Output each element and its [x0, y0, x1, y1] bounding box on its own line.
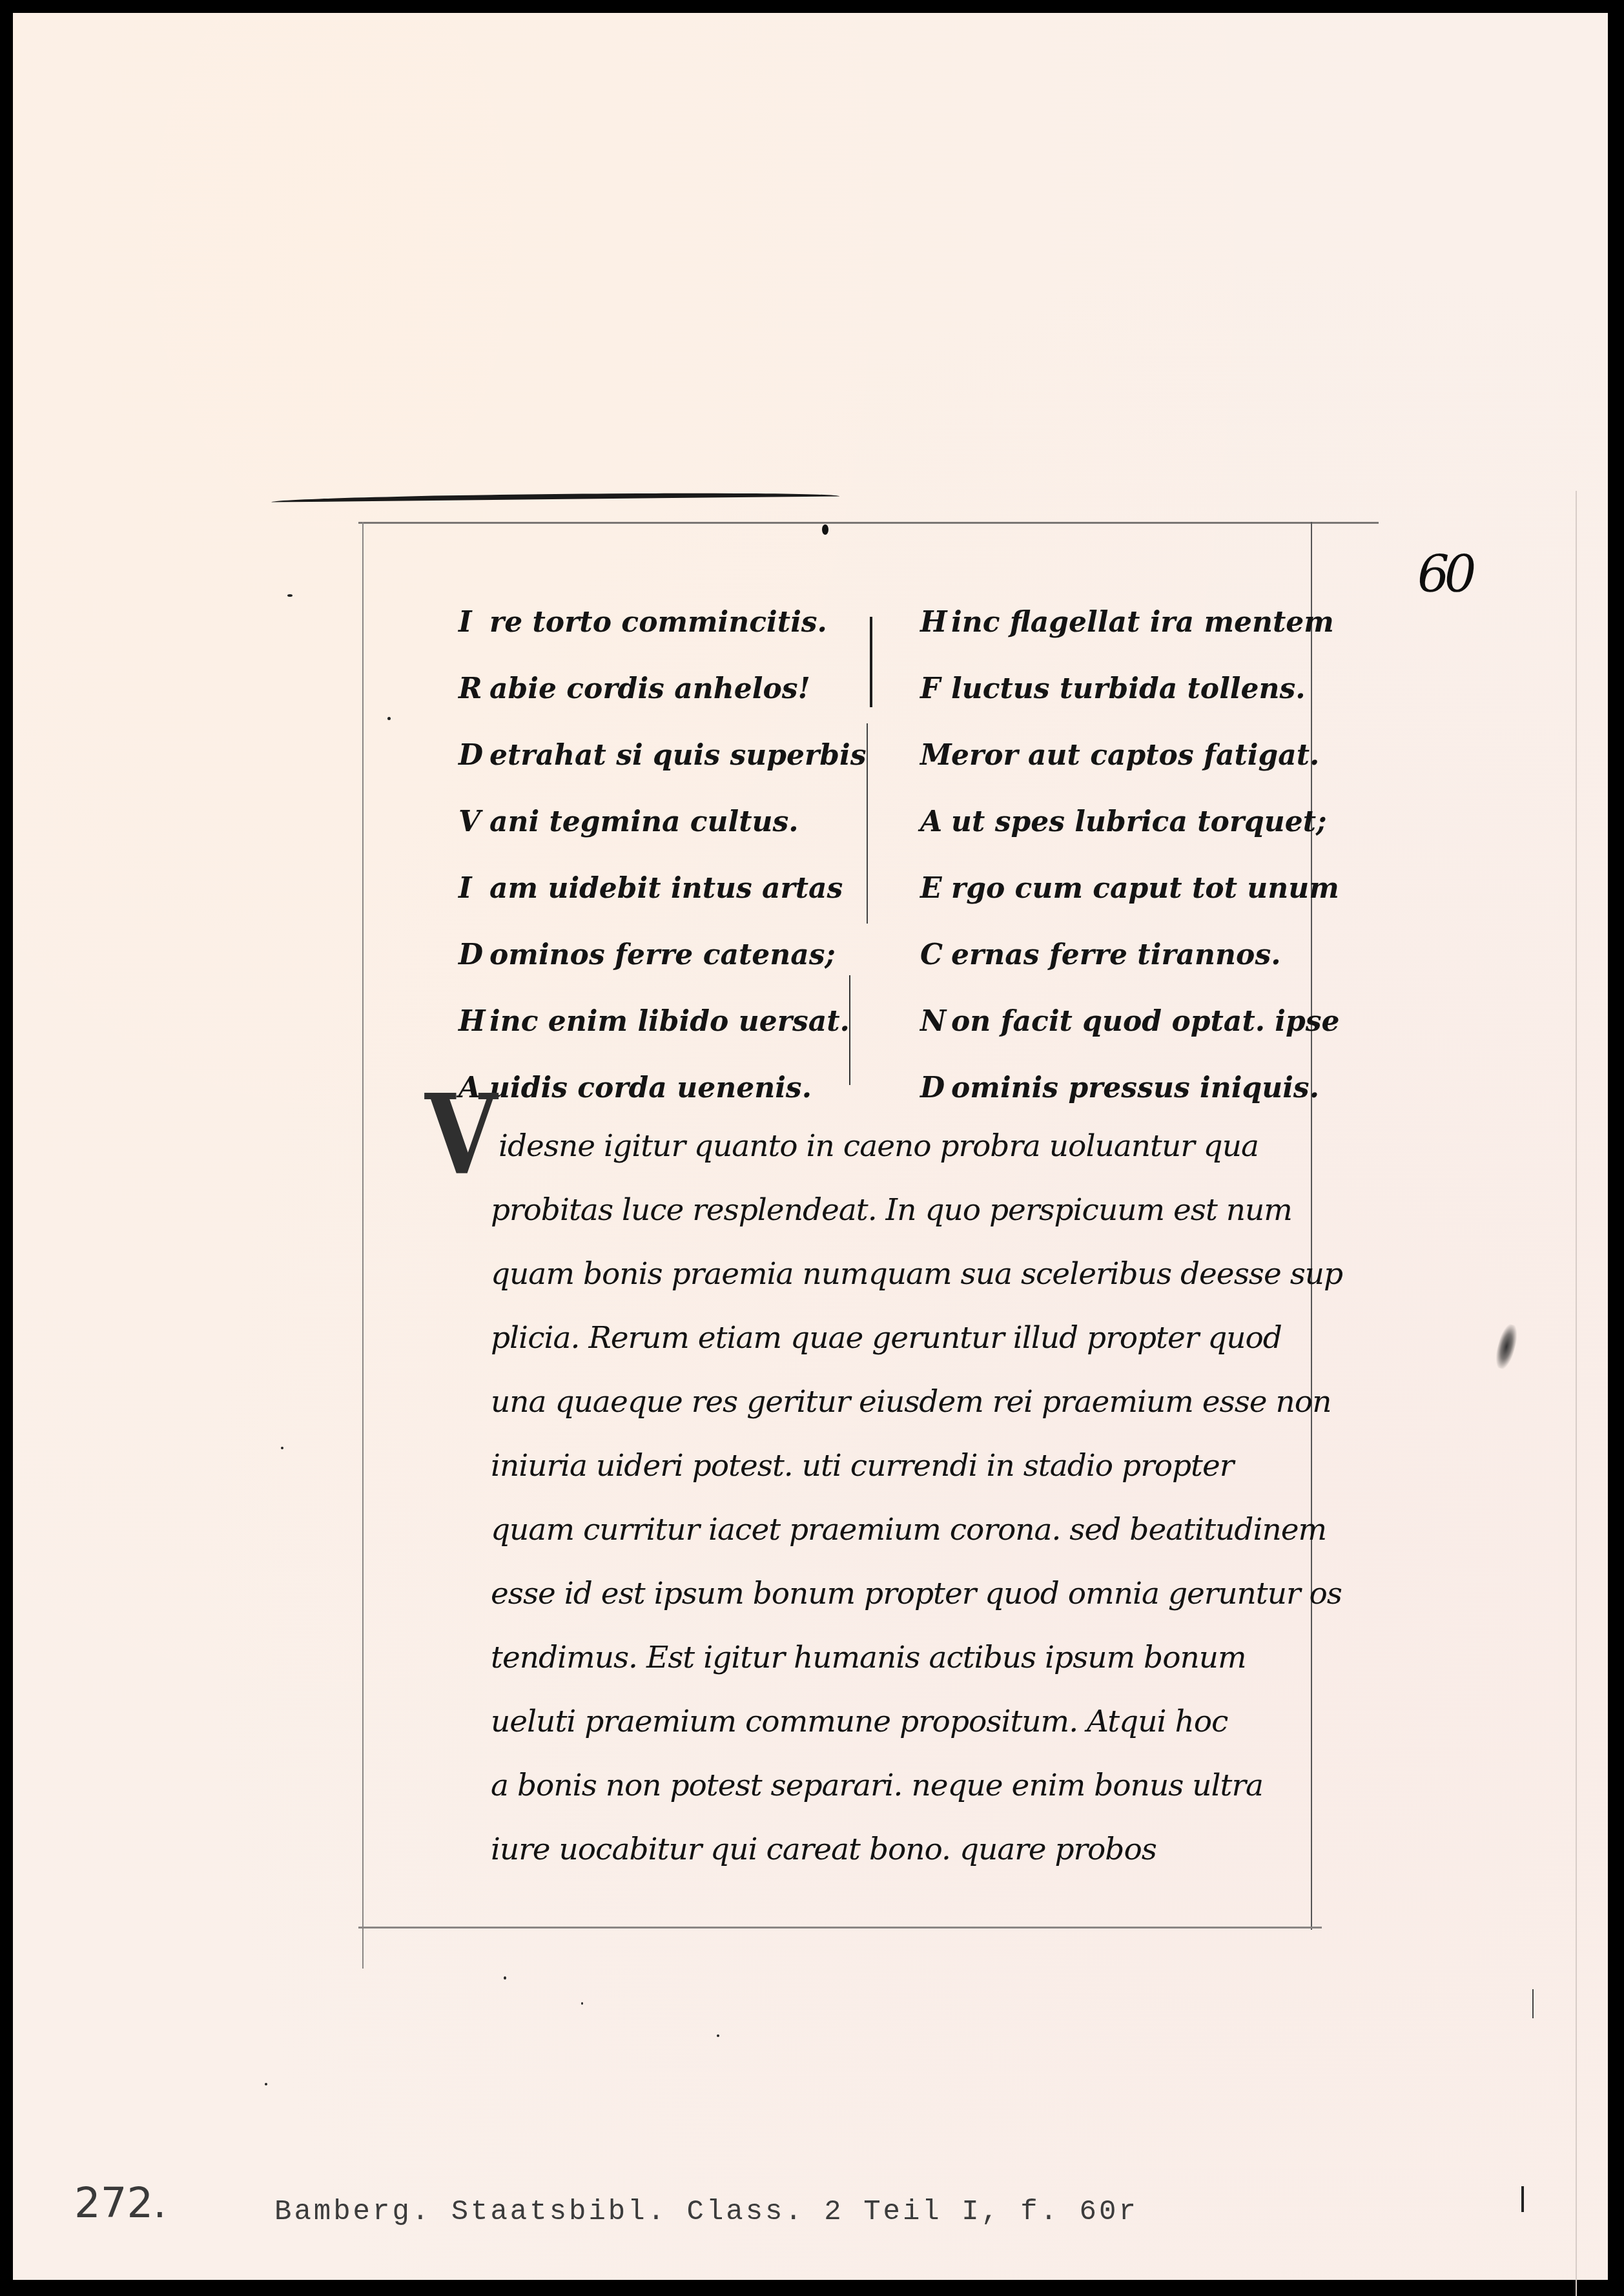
prose-line: iniuria uideri potest. uti currendi in s… [491, 1434, 1291, 1498]
prick-mark [822, 524, 828, 535]
verse-column-right: Hinc flagellat ira mentem Fluctus turbid… [920, 589, 1333, 1121]
prose-line: una quaeque res geritur eiusdem rei prae… [491, 1370, 1291, 1434]
edge-mark [1532, 1989, 1534, 2018]
verse-line: Rabie cordis anhelos! [458, 656, 872, 722]
verse-column-left: Ire torto commincitis. Rabie cordis anhe… [458, 589, 872, 1121]
prose-line: idesne igitur quanto in caeno probra uol… [491, 1114, 1291, 1178]
ink-speck [287, 594, 293, 597]
page-edge-line [1576, 491, 1577, 2296]
prose-line: tendimus. Est igitur humanis actibus ips… [491, 1626, 1291, 1690]
frame-top-rule [358, 522, 1379, 524]
column-divider-stroke [849, 975, 850, 1085]
edge-mark [1521, 2186, 1524, 2212]
prose-line: plicia. Rerum etiam quae geruntur illud … [491, 1306, 1291, 1370]
prose-line: quam curritur iacet praemium corona. sed… [491, 1498, 1291, 1562]
verse-line: Detrahat si quis superbis [458, 722, 872, 789]
ink-speck [281, 1447, 283, 1449]
verse-line: Ire torto commincitis. [458, 589, 872, 656]
ink-speck [387, 717, 391, 720]
prose-line: ueluti praemium commune propositum. Atqu… [491, 1690, 1291, 1753]
folio-number: 60 [1417, 546, 1471, 604]
ink-speck [504, 1976, 506, 1980]
prose-block: idesne igitur quanto in caeno probra uol… [491, 1114, 1291, 1881]
verse-line: Meror aut captos fatigat. [920, 722, 1333, 789]
column-divider-stroke [870, 617, 872, 707]
verse-line: Hinc flagellat ira mentem [920, 589, 1333, 656]
prose-line: probitas luce resplendeat. In quo perspi… [491, 1178, 1291, 1242]
verse-line: Aut spes lubrica torquet; [920, 789, 1333, 855]
ink-speck [265, 2083, 267, 2085]
verse-line: Vani tegmina cultus. [458, 789, 872, 855]
verse-line: Dominos ferre catenas; [458, 922, 872, 988]
column-divider-stroke [867, 723, 868, 924]
verse-line: Dominis pressus iniquis. [920, 1055, 1333, 1121]
verse-line: Ergo cum caput tot unum [920, 855, 1333, 922]
prose-line: iure uocabitur qui careat bono. quare pr… [491, 1817, 1291, 1881]
prose-line: esse id est ipsum bonum propter quod omn… [491, 1562, 1291, 1626]
ink-speck [717, 2034, 719, 2037]
frame-left-rule [362, 522, 364, 1969]
source-reference: Bamberg. Staatsbibl. Class. 2 Teil I, f.… [274, 2196, 1138, 2228]
verse-line: Fluctus turbida tollens. [920, 656, 1333, 722]
verse-line: Iam uidebit intus artas [458, 855, 872, 922]
verse-line: Non facit quod optat. ipse [920, 988, 1333, 1055]
decorated-initial-v: V [425, 1080, 497, 1190]
plate-number: 272. [74, 2180, 167, 2228]
frame-bottom-rule [358, 1927, 1322, 1929]
prose-line: quam bonis praemia numquam sua sceleribu… [491, 1242, 1291, 1306]
verse-line: Hinc enim libido uersat. [458, 988, 872, 1055]
prose-line: a bonis non potest separari. neque enim … [491, 1753, 1291, 1817]
verse-line: Auidis corda uenenis. [458, 1055, 872, 1121]
verse-line: Cernas ferre tirannos. [920, 922, 1333, 988]
ink-speck [581, 2002, 583, 2005]
